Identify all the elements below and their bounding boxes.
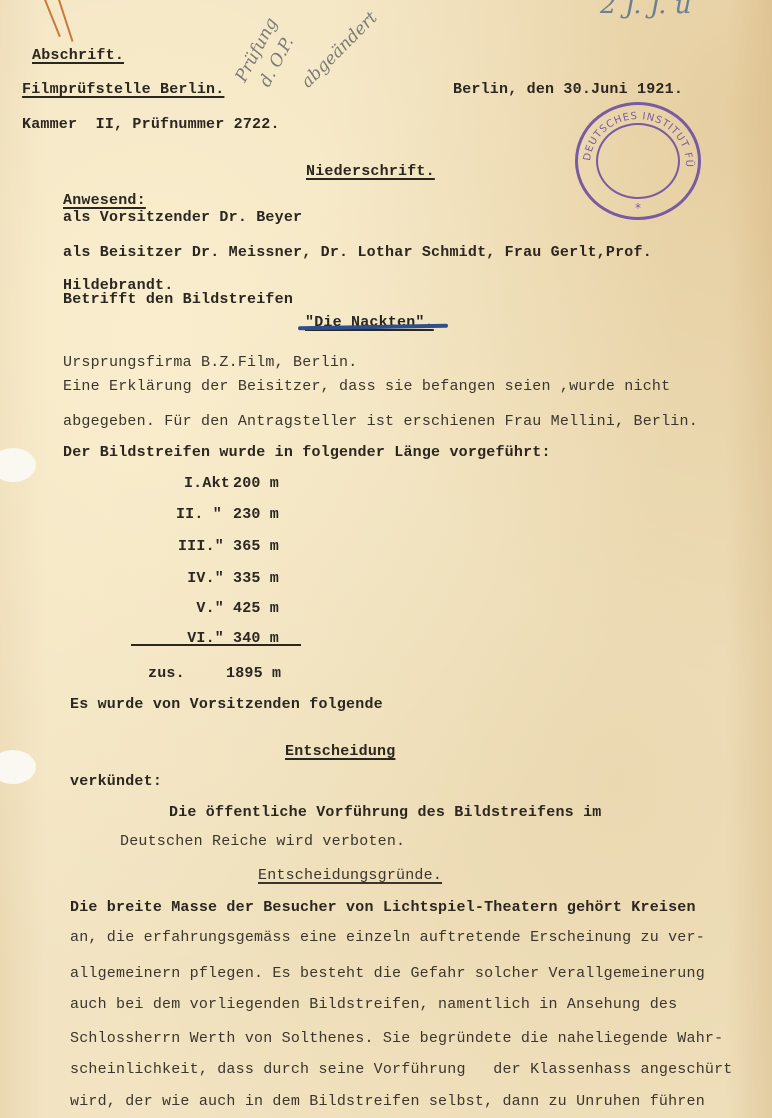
authority-name: Filmprüfstelle Berlin. <box>22 81 224 99</box>
red-pencil-mark <box>44 0 60 37</box>
subject-line: Betrifft den Bildstreifen <box>63 291 293 309</box>
place-date: Berlin, den 30.Juni 1921. <box>453 81 683 99</box>
origin-company: Ursprungsfirma B.Z.Film, Berlin. <box>63 354 357 372</box>
reasons-line: wird, der wie auch in dem Bildstreifen s… <box>70 1093 705 1111</box>
decision-line: Deutschen Reiche wird verboten. <box>120 833 405 851</box>
act-label: V." <box>150 600 224 618</box>
act-length: 230 m <box>233 506 279 524</box>
chair-line: als Vorsitzender Dr. Beyer <box>63 209 302 227</box>
pencil-annotation: abgeändert <box>297 8 381 92</box>
act-label: II. " <box>150 506 222 524</box>
reasons-line: allgemeinern pflegen. Es besteht die Gef… <box>70 965 705 983</box>
document-title: Niederschrift. <box>306 163 435 181</box>
reasons-line: scheinlichkeit, dass durch seine Vorführ… <box>70 1061 733 1079</box>
act-length: 335 m <box>233 570 279 588</box>
act-label: I.Akt <box>150 475 230 493</box>
reasons-line: Schlossherrn Werth von Solthenes. Sie be… <box>70 1030 723 1048</box>
total-label: zus. <box>148 665 185 683</box>
sum-rule <box>131 644 301 646</box>
act-length: 365 m <box>233 538 279 556</box>
act-length: 200 m <box>233 475 279 493</box>
declaration-line: Eine Erklärung der Beisitzer, dass sie b… <box>63 378 670 396</box>
decision-intro: Es wurde von Vorsitzenden folgende <box>70 696 383 714</box>
act-label: III." <box>150 538 224 556</box>
announced-label: verkündet: <box>70 773 162 791</box>
chamber-number: Kammer II, Prüfnummer 2722. <box>22 116 280 134</box>
assessors-line: als Beisitzer Dr. Meissner, Dr. Lothar S… <box>63 244 652 262</box>
act-label: IV." <box>150 570 224 588</box>
svg-text:DEUTSCHES INSTITUT FÜR FILMKUN: DEUTSCHES INSTITUT FÜR FILMKUNDE E.V. <box>575 102 696 168</box>
present-label: Anwesend: <box>63 192 146 210</box>
reasons-line: Die breite Masse der Besucher von Lichts… <box>70 899 696 917</box>
length-intro: Der Bildstreifen wurde in folgender Läng… <box>63 444 551 462</box>
institute-stamp: DEUTSCHES INSTITUT FÜR FILMKUNDE E.V. * <box>575 102 701 220</box>
total-length: 1895 m <box>226 665 281 683</box>
stamp-text: DEUTSCHES INSTITUT FÜR FILMKUNDE E.V. * <box>575 102 701 220</box>
ink-annotation: 2 J. J. u <box>600 0 691 20</box>
punch-hole <box>0 448 36 482</box>
decision-heading: Entscheidung <box>285 743 395 761</box>
reasons-line: an, die erfahrungsgemäss eine einzeln au… <box>70 929 705 947</box>
svg-text:*: * <box>635 201 641 215</box>
decision-line: Die öffentliche Vorführung des Bildstrei… <box>169 804 601 822</box>
act-length: 425 m <box>233 600 279 618</box>
reasons-line: auch bei dem vorliegenden Bildstreifen, … <box>70 996 677 1014</box>
reasons-heading: Entscheidungsgründe. <box>258 867 442 885</box>
document-heading: Abschrift. <box>32 47 124 65</box>
declaration-line: abgegeben. Für den Antragsteller ist ers… <box>63 413 698 431</box>
punch-hole <box>0 750 36 784</box>
